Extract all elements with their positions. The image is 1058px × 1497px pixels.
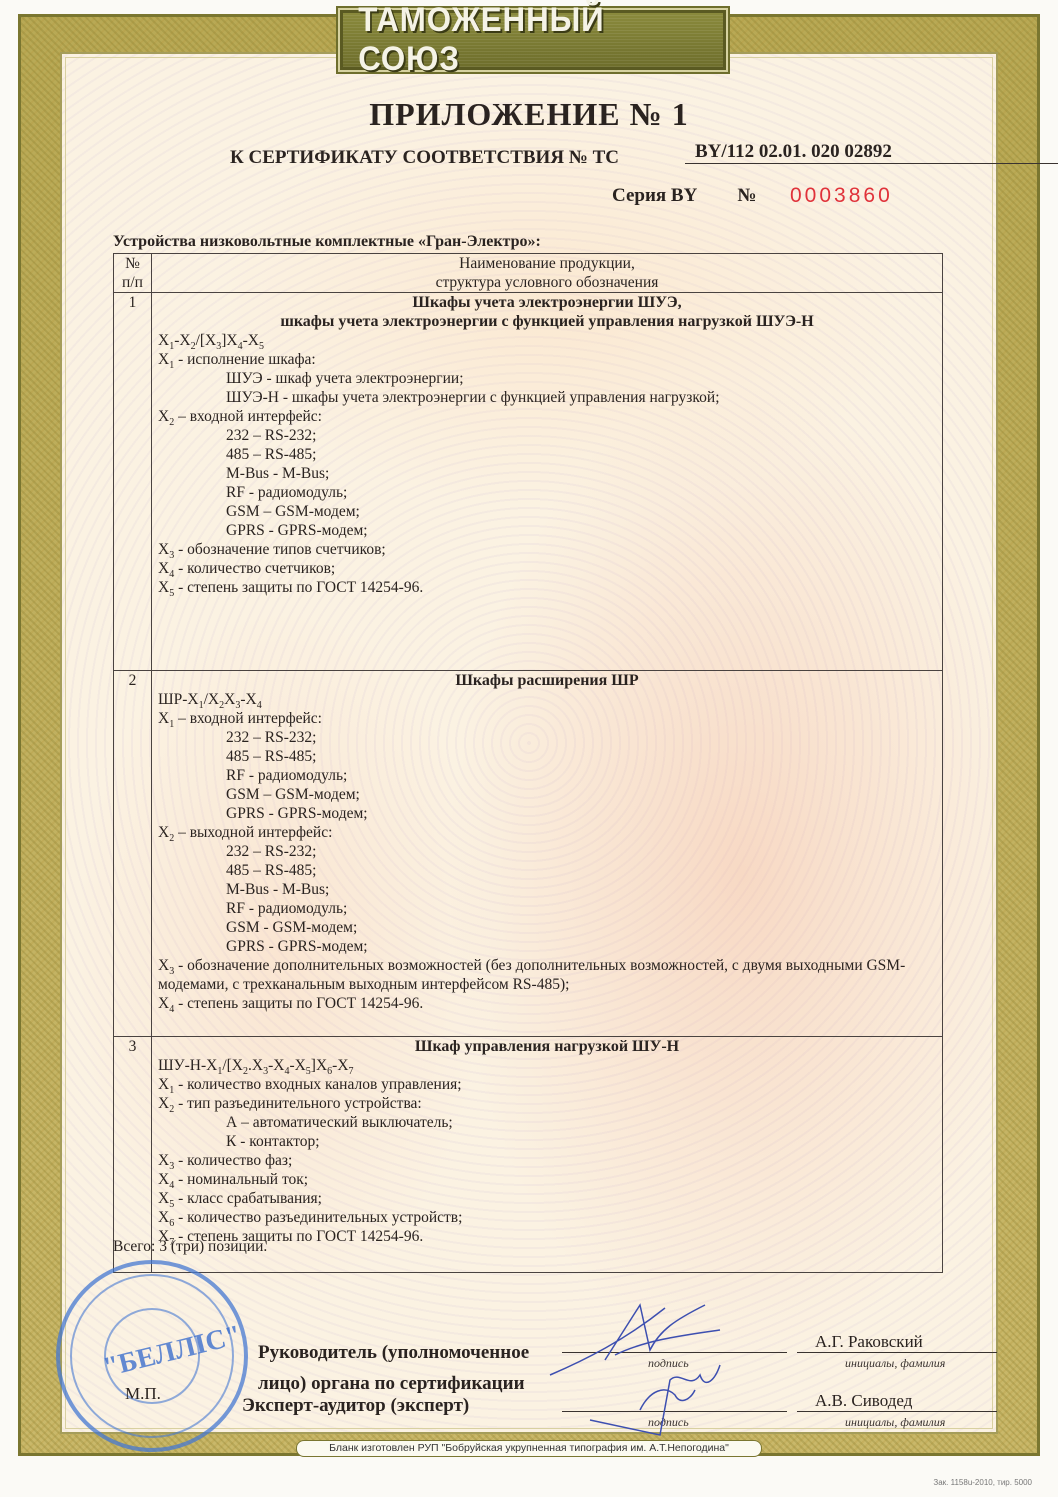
- series-line: Серия BY № 0003860: [612, 185, 756, 207]
- section-title: Шкаф управления нагрузкой ШУ-Н: [158, 1037, 936, 1056]
- list-item: RF - радиомодуль;: [158, 766, 936, 785]
- param-x3: X3 - обозначение дополнительных возможно…: [158, 956, 936, 994]
- table-row: 2 Шкафы расширения ШР ШР-X1/X2X3-X4 X1 –…: [114, 671, 943, 1037]
- table-row: 1 Шкафы учета электроэнергии ШУЭ, шкафы …: [114, 293, 943, 671]
- print-order-info: Зак. 1158u-2010, тир. 5000: [933, 1478, 1032, 1487]
- row-number: 1: [114, 293, 152, 671]
- list-item: ШУЭ - шкаф учета электроэнергии;: [158, 369, 936, 388]
- row-content: Шкафы расширения ШР ШР-X1/X2X3-X4 X1 – в…: [152, 671, 943, 1037]
- param-x2: X2 – входной интерфейс:: [158, 407, 936, 426]
- param-x2: X2 – выходной интерфейс:: [158, 823, 936, 842]
- param-x4: X4 - номинальный ток;: [158, 1170, 936, 1189]
- seal-place-label: М.П.: [125, 1384, 161, 1404]
- auditor-role-label: Эксперт-аудитор (эксперт): [242, 1395, 469, 1417]
- name-caption-2: инициалы, фамилия: [845, 1415, 945, 1430]
- param-x1: X1 - исполнение шкафа:: [158, 350, 936, 369]
- list-item: GSM - GSM-модем;: [158, 918, 936, 937]
- param-x6: X6 - количество разъединительных устройс…: [158, 1208, 936, 1227]
- handwritten-signature-2: [580, 1360, 730, 1440]
- list-item: ШУЭ-Н - шкафы учета электроэнергии с фун…: [158, 388, 936, 407]
- list-item: GSM – GSM-модем;: [158, 502, 936, 521]
- row-content: Шкафы учета электроэнергии ШУЭ, шкафы уч…: [152, 293, 943, 671]
- formula: ШУ-Н-X1/[X2.X3-X4-X5]X6-X7: [158, 1056, 936, 1075]
- customs-union-banner: ТАМОЖЕННЫЙ СОЮЗ: [340, 10, 726, 70]
- name-line-1: [797, 1352, 997, 1353]
- list-item: GSM – GSM-модем;: [158, 785, 936, 804]
- param-x1: X1 - количество входных каналов управлен…: [158, 1075, 936, 1094]
- products-table: № п/п Наименование продукции, структура …: [113, 253, 943, 1273]
- list-item: GPRS - GPRS-модем;: [158, 521, 936, 540]
- printer-info: Бланк изготовлен РУП "Бобруйская укрупне…: [296, 1440, 762, 1457]
- official-stamp: "БЕЛЛІС": [56, 1260, 248, 1452]
- param-x4: X4 - количество счетчиков;: [158, 559, 936, 578]
- product-intro: Устройства низковольтные комплектные «Гр…: [113, 233, 541, 251]
- list-item: 485 – RS-485;: [158, 445, 936, 464]
- auditor-name: А.В. Сиводед: [815, 1391, 912, 1411]
- header-name: Наименование продукции, структура условн…: [152, 254, 943, 293]
- row-content: Шкаф управления нагрузкой ШУ-Н ШУ-Н-X1/[…: [152, 1037, 943, 1273]
- formula: ШР-X1/X2X3-X4: [158, 690, 936, 709]
- certificate-line: К СЕРТИФИКАТУ СООТВЕТСТВИЯ № ТС BY/112 0…: [230, 147, 619, 169]
- section-title: Шкафы расширения ШР: [158, 671, 936, 690]
- list-item: 232 – RS-232;: [158, 728, 936, 747]
- param-x1: X1 – входной интерфейс:: [158, 709, 936, 728]
- section-title: Шкафы учета электроэнергии ШУЭ,: [158, 293, 936, 312]
- list-item: 232 – RS-232;: [158, 426, 936, 445]
- stamp-text: "БЕЛЛІС": [100, 1319, 244, 1384]
- list-item: GPRS - GPRS-модем;: [158, 804, 936, 823]
- param-x5: X5 - класс срабатывания;: [158, 1189, 936, 1208]
- name-caption-1: инициалы, фамилия: [845, 1356, 945, 1371]
- param-x4: X4 - степень защиты по ГОСТ 14254-96.: [158, 994, 936, 1013]
- header-num: № п/п: [114, 254, 152, 293]
- head-role-label: Руководитель (уполномоченное лицо) орган…: [258, 1337, 529, 1399]
- param-x3: X3 - количество фаз;: [158, 1151, 936, 1170]
- table-header-row: № п/п Наименование продукции, структура …: [114, 254, 943, 293]
- list-item: 485 – RS-485;: [158, 861, 936, 880]
- section-subtitle: шкафы учета электроэнергии с функцией уп…: [158, 312, 936, 331]
- certificate-number: BY/112 02.01. 020 02892: [685, 141, 1058, 164]
- list-item: RF - радиомодуль;: [158, 483, 936, 502]
- banner-text: ТАМОЖЕННЫЙ СОЮЗ: [358, 1, 708, 79]
- formula: X1-X2/[X3]X4-X5: [158, 331, 936, 350]
- page-title: ПРИЛОЖЕНИЕ № 1: [0, 96, 1058, 133]
- row-number: 2: [114, 671, 152, 1037]
- param-x7: X7 - степень защиты по ГОСТ 14254-96.: [158, 1227, 936, 1246]
- list-item: К - контактор;: [158, 1132, 936, 1151]
- certificate-label: К СЕРТИФИКАТУ СООТВЕТСТВИЯ № ТС: [230, 147, 619, 168]
- param-x5: X5 - степень защиты по ГОСТ 14254-96.: [158, 578, 936, 597]
- list-item: 232 – RS-232;: [158, 842, 936, 861]
- param-x3: X3 - обозначение типов счетчиков;: [158, 540, 936, 559]
- total-positions: Всего: 3 (три) позиции.: [113, 1238, 267, 1256]
- number-label: №: [737, 185, 756, 206]
- head-name: А.Г. Раковский: [815, 1332, 923, 1352]
- list-item: 485 – RS-485;: [158, 747, 936, 766]
- name-line-2: [797, 1411, 997, 1412]
- series-label: Серия BY: [612, 185, 697, 206]
- list-item: M-Bus - M-Bus;: [158, 464, 936, 483]
- list-item: А – автоматический выключатель;: [158, 1113, 936, 1132]
- serial-number: 0003860: [790, 184, 893, 208]
- list-item: GPRS - GPRS-модем;: [158, 937, 936, 956]
- list-item: RF - радиомодуль;: [158, 899, 936, 918]
- list-item: M-Bus - M-Bus;: [158, 880, 936, 899]
- param-x2: X2 - тип разъединительного устройства:: [158, 1094, 936, 1113]
